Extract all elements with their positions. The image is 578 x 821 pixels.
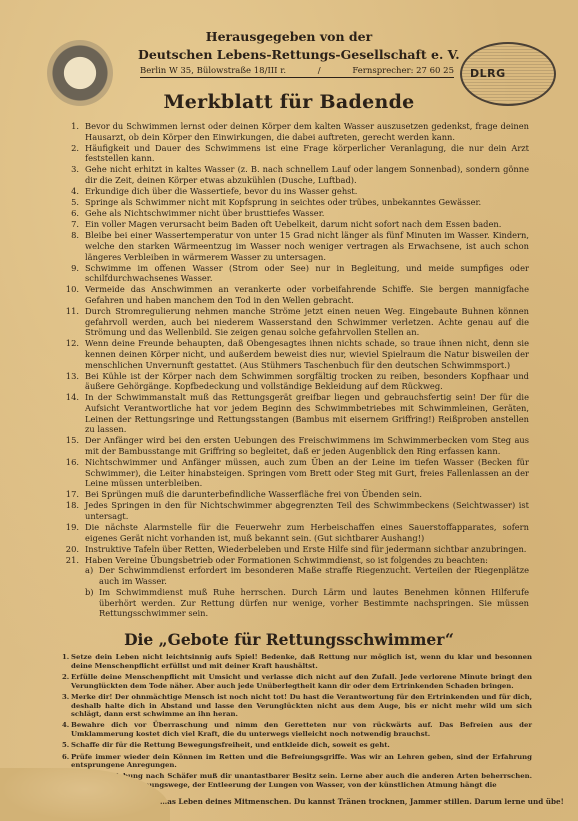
command-item: 1.Setze dein Leben nicht leichtsinnig au… [62,653,532,670]
command-text: Bewahre dich vor Überraschung und nimm d… [71,721,532,738]
command-number: 3. [62,693,71,719]
rule-number: 9. [62,263,85,284]
rule-number: 3. [62,164,85,185]
rule-item: 14.In der Schwimmanstalt muß das Rettung… [62,392,529,434]
rule-text: Bei Sprüngen muß die darunterbefindliche… [85,489,529,500]
command-text: Erfülle deine Menschenpflicht mit Umsich… [71,673,532,690]
rule-text: Ein voller Magen verursacht beim Baden o… [85,219,529,230]
rule-number: 20. [62,544,85,555]
rule-sub-letter: b) [85,587,99,619]
rule-text: Schwimme im offenen Wasser (Strom oder S… [85,263,529,284]
command-text: Merke dir! Der ohnmächtige Mensch ist no… [71,693,532,719]
rule-number: 13. [62,371,85,392]
command-item: 3.Merke dir! Der ohnmächtige Mensch ist … [62,693,532,719]
rule-item: 5.Springe als Schwimmer nicht mit Kopfsp… [62,197,529,208]
rule-item: 19.Die nächste Alarmstelle für die Feuer… [62,522,529,543]
rule-text: Die nächste Alarmstelle für die Feuerweh… [85,522,529,543]
rule-item: 7.Ein voller Magen verursacht beim Baden… [62,219,529,230]
command-number: 5. [62,741,71,750]
rule-number: 17. [62,489,85,500]
command-item: 2.Erfülle deine Menschenpflicht mit Umsi… [62,673,532,690]
rule-item: 6.Gehe als Nichtschwimmer nicht über bru… [62,208,529,219]
rule-text: Bei Kühle ist der Körper nach dem Schwim… [85,371,529,392]
section-title: Die „Gebote für Rettungsschwimmer“ [0,630,578,649]
rule-number: 4. [62,186,85,197]
rule-number: 10. [62,284,85,305]
rule-number: 7. [62,219,85,230]
rule-sub-letter: a) [85,565,99,586]
rule-number: 12. [62,338,85,370]
rule-number: 21. [62,555,85,620]
rule-text: Wenn deine Freunde behaupten, daß Obenge… [85,338,529,370]
rule-item: 21.Haben Vereine Übungsbetrieb oder Form… [62,555,529,620]
rule-text: Gehe nicht erhitzt in kaltes Wasser (z. … [85,164,529,185]
command-item: 4.Bewahre dich vor Überraschung und nimm… [62,721,532,738]
closing-line: …as Leben deines Mitmenschen. Du kannst … [160,797,532,806]
command-text: Setze dein Leben nicht leichtsinnig aufs… [71,653,532,670]
rule-text: Durch Stromregulierung nehmen manche Str… [85,306,529,338]
rule-text: Haben Vereine Übungsbetrieb oder Formati… [85,555,529,620]
rule-subitem: b)Im Schwimmdienst muß Ruhe herrschen. D… [85,587,529,619]
rule-sublist: a)Der Schwimmdienst erfordert im besonde… [85,565,529,618]
publisher-line-1: Herausgegeben von der [0,29,578,44]
letterhead: Herausgegeben von der Deutschen Lebens-R… [0,0,578,118]
rule-item: 11.Durch Stromregulierung nehmen manche … [62,306,529,338]
rule-text: Der Anfänger wird bei den ersten Uebunge… [85,435,529,456]
rule-text: Bleibe bei einer Wassertemperatur von un… [85,230,529,262]
rule-text: Häufigkeit und Dauer des Schwimmens ist … [85,143,529,164]
rule-item: 15.Der Anfänger wird bei den ersten Uebu… [62,435,529,456]
address: Berlin W 35, Bülowstraße 18/III r. [140,66,286,76]
rule-item: 17.Bei Sprüngen muß die darunterbefindli… [62,489,529,500]
address-line: Berlin W 35, Bülowstraße 18/III r. / Fer… [140,66,454,78]
rule-text: Nichtschwimmer und Anfänger müssen, auch… [85,457,529,489]
phone: Fernsprecher: 27 60 25 [352,66,454,76]
rule-text: In der Schwimmanstalt muß das Rettungsge… [85,392,529,434]
rule-item: 4.Erkundige dich über die Wassertiefe, b… [62,186,529,197]
rule-item: 16.Nichtschwimmer und Anfänger müssen, a… [62,457,529,489]
command-number: 1. [62,653,71,670]
rule-sub-text: Der Schwimmdienst erfordert im besondere… [99,565,529,586]
rule-item: 13.Bei Kühle ist der Körper nach dem Sch… [62,371,529,392]
rules-list: 1.Bevor du Schwimmen lernst oder deinen … [62,121,529,620]
rule-number: 6. [62,208,85,219]
address-separator: / [318,66,321,76]
rule-item: 3.Gehe nicht erhitzt in kaltes Wasser (z… [62,164,529,185]
rule-item: 9.Schwimme im offenen Wasser (Strom oder… [62,263,529,284]
rule-text: Gehe als Nichtschwimmer nicht über brust… [85,208,529,219]
rule-number: 15. [62,435,85,456]
rule-number: 11. [62,306,85,338]
rule-number: 5. [62,197,85,208]
rule-number: 14. [62,392,85,434]
publisher-line-2: Deutschen Lebens-Rettungs-Gesellschaft e… [138,47,460,62]
rule-item: 8.Bleibe bei einer Wassertemperatur von … [62,230,529,262]
rule-number: 18. [62,500,85,521]
rule-item: 18.Jedes Springen in den für Nichtschwim… [62,500,529,521]
page-title: Merkblatt für Badende [0,91,578,113]
rule-text: Springe als Schwimmer nicht mit Kopfspru… [85,197,529,208]
command-item: 6.Prüfe immer wieder dein Können im Rett… [62,753,532,770]
command-number: 2. [62,673,71,690]
rule-text: Erkundige dich über die Wassertiefe, bev… [85,186,529,197]
rule-text: Bevor du Schwimmen lernst oder deinen Kö… [85,121,529,142]
rule-item: 20.Instruktive Tafeln über Retten, Wiede… [62,544,529,555]
command-number: 4. [62,721,71,738]
dlrg-logo-text: DLRG [470,67,506,80]
rule-number: 19. [62,522,85,543]
command-text: Prüfe immer wieder dein Können im Retten… [71,753,532,770]
command-item: 5.Schaffe dir für die Rettung Bewegungsf… [62,741,532,750]
rule-text: Jedes Springen in den für Nichtschwimmer… [85,500,529,521]
rule-subitem: a)Der Schwimmdienst erfordert im besonde… [85,565,529,586]
rule-item: 1.Bevor du Schwimmen lernst oder deinen … [62,121,529,142]
rule-item: 12.Wenn deine Freunde behaupten, daß Obe… [62,338,529,370]
command-text: Schaffe dir für die Rettung Bewegungsfre… [71,741,532,750]
rule-item: 10.Vermeide das Anschwimmen an verankert… [62,284,529,305]
rule-number: 8. [62,230,85,262]
commands-list: 1.Setze dein Leben nicht leichtsinnig au… [62,653,532,792]
rule-text: Vermeide das Anschwimmen an verankerte o… [85,284,529,305]
rule-item: 2.Häufigkeit und Dauer des Schwimmens is… [62,143,529,164]
rule-sub-text: Im Schwimmdienst muß Ruhe herrschen. Dur… [99,587,529,619]
rule-number: 2. [62,143,85,164]
rule-number: 1. [62,121,85,142]
rule-number: 16. [62,457,85,489]
rule-text: Instruktive Tafeln über Retten, Wiederbe… [85,544,529,555]
